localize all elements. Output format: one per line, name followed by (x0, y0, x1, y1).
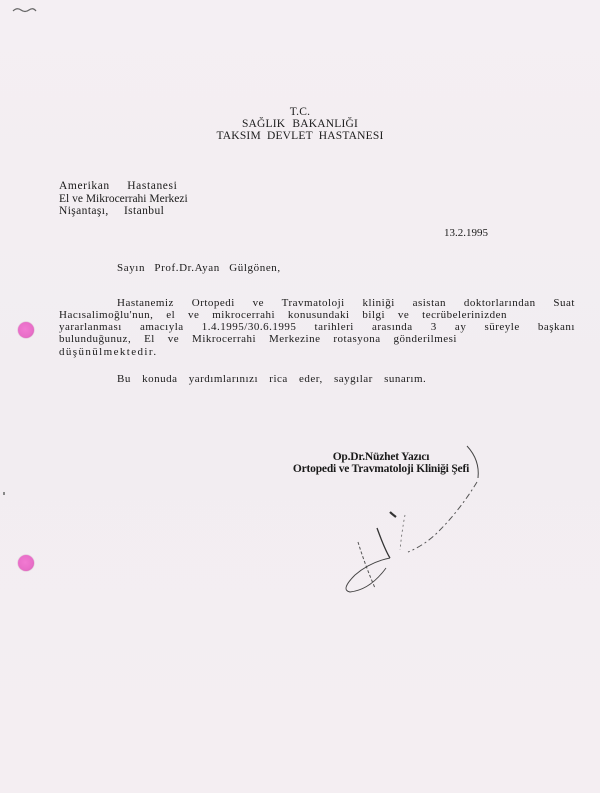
signatory-name: Op.Dr.Nüzhet Yazıcı (0, 451, 600, 463)
stray-mark (3, 492, 5, 495)
body-line: yararlanması amacıyla 1.4.1995/30.6.1995… (59, 321, 575, 333)
recipient-address-line-3: Nişantaşı, Istanbul (59, 205, 164, 217)
corner-scribble-mark (12, 5, 42, 15)
signatory-title: Ortopedi ve Travmatoloji Kliniği Şefi (0, 463, 600, 475)
letterhead-line-1: T.C. (0, 106, 600, 118)
punch-hole-bottom (18, 555, 34, 571)
letter-page: T.C. SAĞLIK BAKANLIĞI TAKSIM DEVLET HAST… (0, 0, 600, 793)
closing-sentence: Bu konuda yardımlarınızı rica eder, sayg… (117, 373, 426, 385)
punch-hole-top (18, 322, 34, 338)
salutation: Sayın Prof.Dr.Ayan Gülgönen, (117, 262, 281, 274)
body-line: Hacısalimoğlu'nun, el ve mikrocerrahi ko… (59, 309, 507, 321)
body-line: bulunduğunuz, El ve Mikrocerrahi Merkezi… (59, 333, 457, 345)
body-line: düşünülmektedir. (59, 346, 157, 358)
body-line: Hastanemiz Ortopedi ve Travmatoloji klin… (117, 297, 575, 309)
recipient-address-line-2: El ve Mikrocerrahi Merkezi (59, 193, 188, 205)
letterhead-line-3: TAKSIM DEVLET HASTANESI (0, 130, 600, 142)
letterhead-line-2: SAĞLIK BAKANLIĞI (0, 118, 600, 130)
letter-date: 13.2.1995 (444, 227, 488, 239)
handwritten-signature (330, 440, 500, 610)
recipient-address-line-1: Amerikan Hastanesi (59, 180, 177, 192)
